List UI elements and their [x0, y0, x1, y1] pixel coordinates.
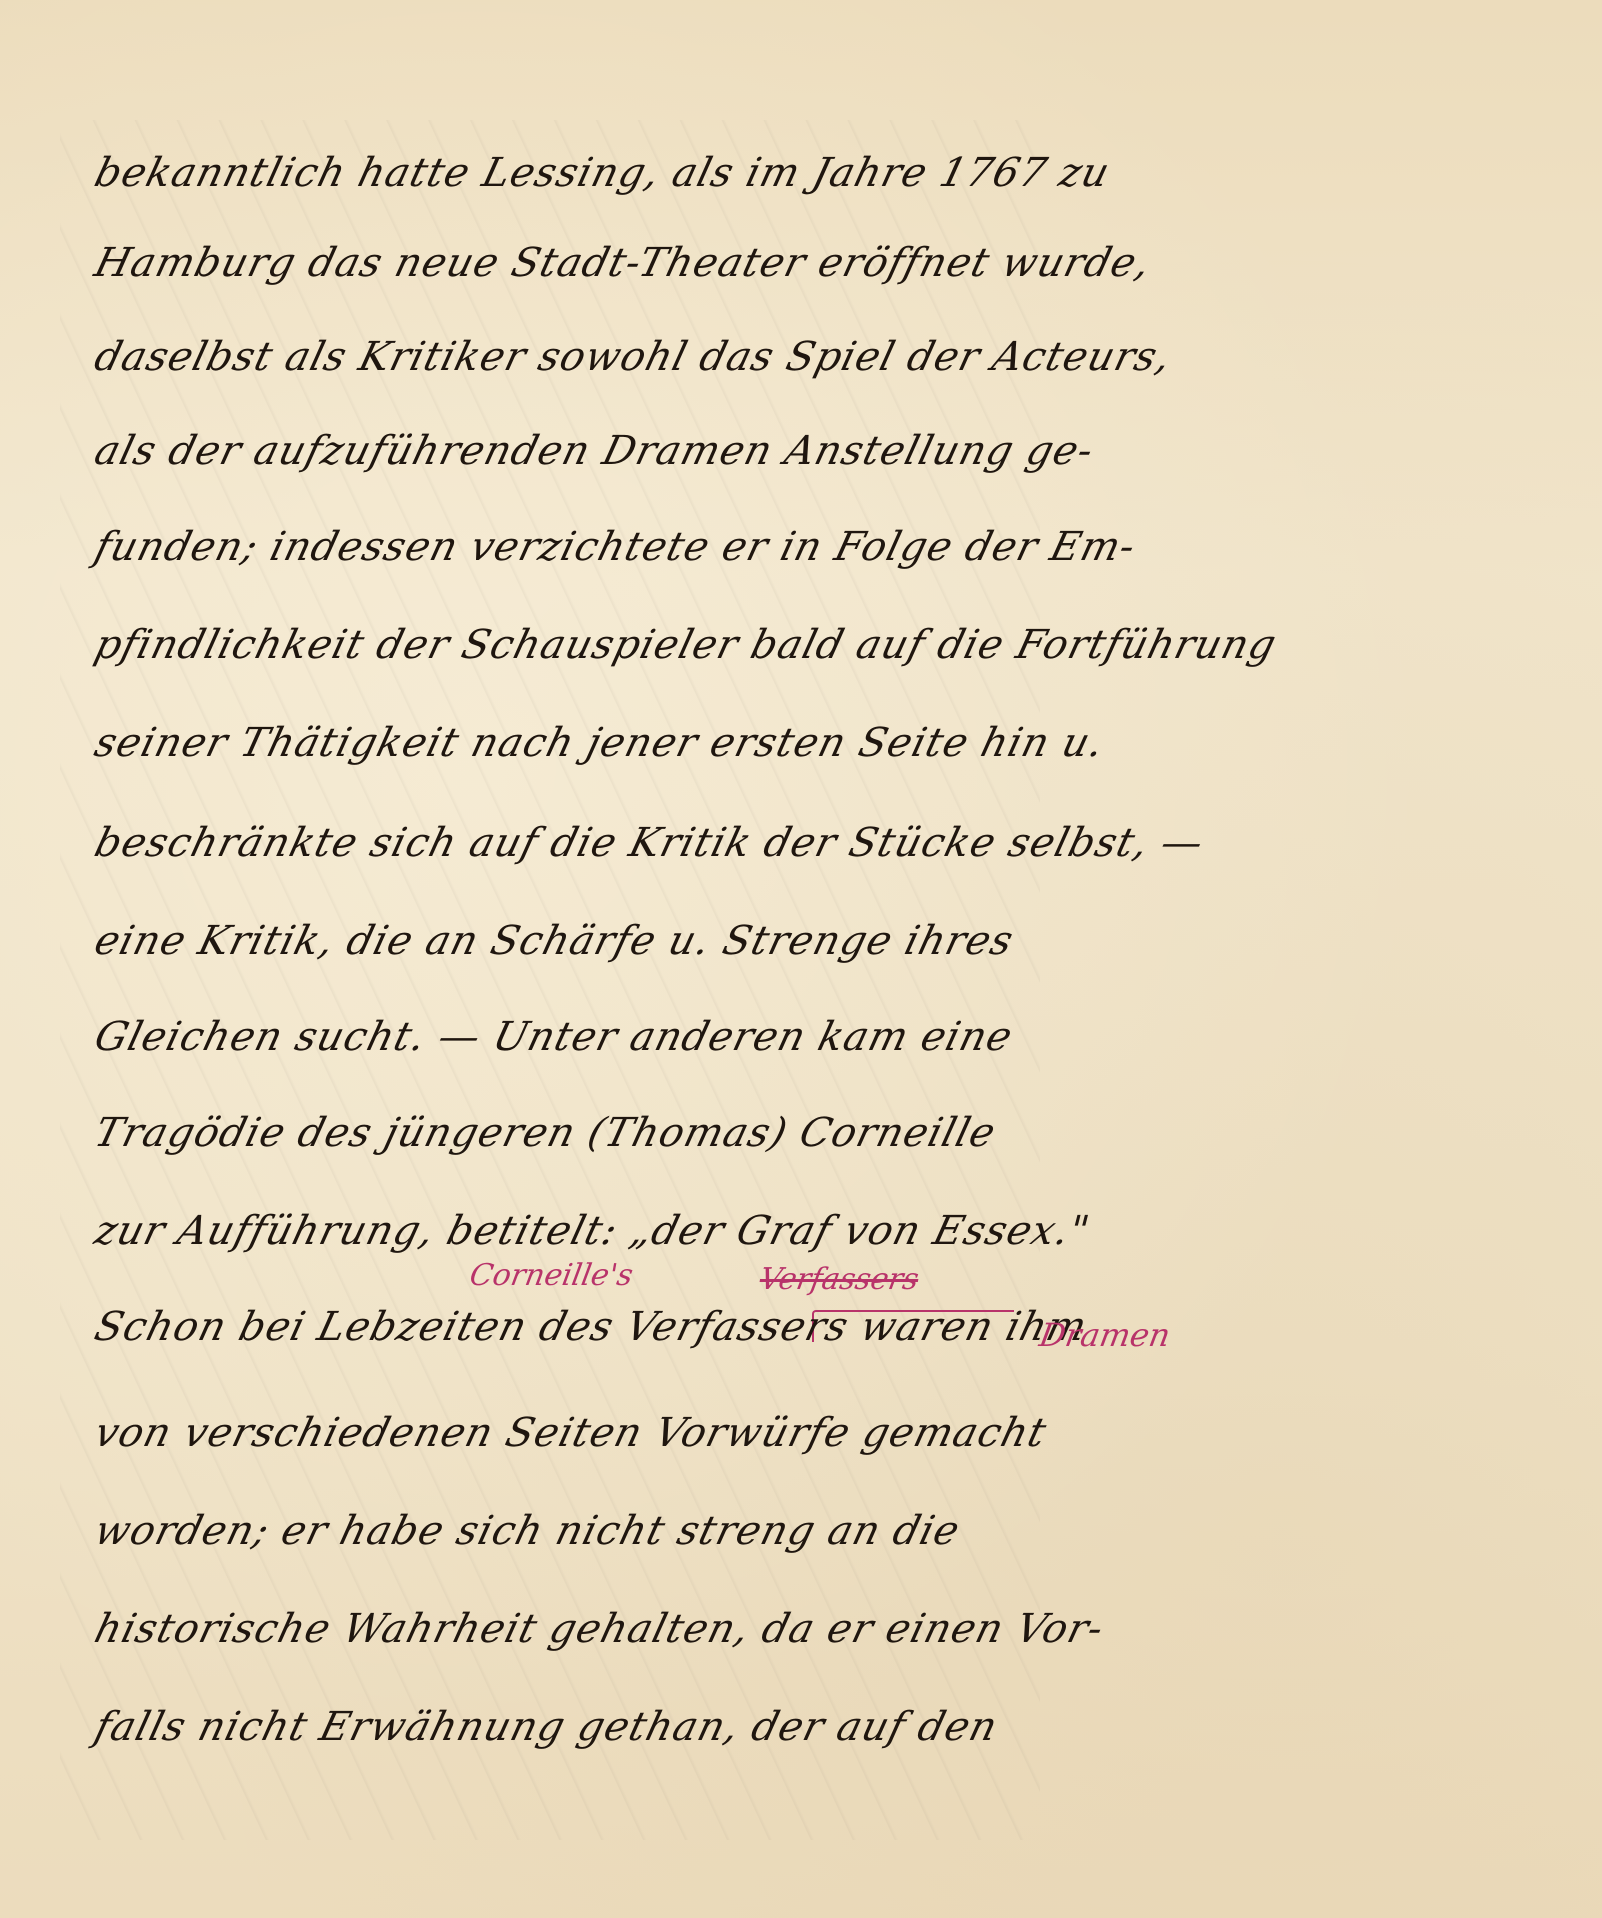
manuscript-line-5: funden; indessen verzichtete er in Folge…: [90, 524, 1141, 570]
manuscript-line-17: falls nicht Erwähnung gethan, der auf de…: [90, 1704, 1003, 1750]
manuscript-line-11: Tragödie des jüngeren (Thomas) Corneille: [90, 1110, 1001, 1156]
correction-struck-word: Verfassers: [757, 1262, 921, 1297]
manuscript-line-12: zur Aufführung, betitelt: „der Graf von …: [90, 1208, 1095, 1254]
manuscript-line-16: historische Wahrheit gehalten, da er ein…: [90, 1606, 1109, 1652]
manuscript-line-15: worden; er habe sich nicht streng an die: [90, 1508, 965, 1554]
manuscript-line-13: Schon bei Lebzeiten des Verfassers waren…: [90, 1304, 1092, 1350]
correction-margin-addition: Dramen: [1037, 1316, 1174, 1354]
manuscript-line-14: von verschiedenen Seiten Vorwürfe gemach…: [90, 1410, 1051, 1456]
manuscript-line-2: Hamburg das neue Stadt-Theater eröffnet …: [90, 240, 1156, 286]
manuscript-line-3: daselbst als Kritiker sowohl das Spiel d…: [90, 334, 1176, 380]
correction-insertion: Corneille's: [467, 1258, 636, 1293]
manuscript-line-7: seiner Thätigkeit nach jener ersten Seit…: [90, 720, 1109, 766]
manuscript-line-10: Gleichen sucht. — Unter anderen kam eine: [90, 1014, 1018, 1060]
manuscript-line-8: beschränkte sich auf die Kritik der Stüc…: [90, 820, 1209, 866]
manuscript-line-6: pfindlichkeit der Schauspieler bald auf …: [90, 622, 1281, 668]
manuscript-line-9: eine Kritik, die an Schärfe u. Strenge i…: [90, 918, 1018, 964]
manuscript-page: bekanntlich hatte Lessing, als im Jahre …: [0, 0, 1602, 1918]
manuscript-line-4: als der aufzuführenden Dramen Anstellung…: [90, 428, 1099, 474]
manuscript-line-1: bekanntlich hatte Lessing, als im Jahre …: [90, 150, 1115, 196]
